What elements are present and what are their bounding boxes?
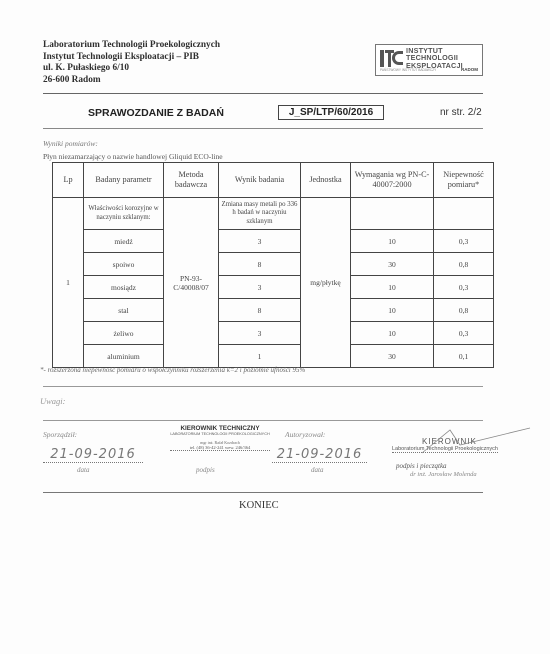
remarks-label: Uwagi: [40,396,66,406]
header-result: Wynik badania [219,163,301,198]
cell-requirement [351,198,434,230]
cell-param: stal [84,299,164,322]
cell-group-result: Zmiana masy metali po 336 h badań w nacz… [219,198,301,230]
cell-param: miedź [84,230,164,253]
cell-requirement: 10 [351,299,434,322]
page-number: nr str. 2/2 [440,107,482,118]
address-line: 26-600 Radom [43,75,220,87]
cell-result: 8 [219,253,301,276]
address-line: Laboratorium Technologii Proekologicznyc… [43,40,220,52]
cell-uncertainty: 0,3 [434,230,494,253]
cell-requirement: 10 [351,276,434,299]
cell-param: mosiądz [84,276,164,299]
results-label: Wyniki pomiarów: [43,139,98,148]
cell-param: aluminium [84,345,164,368]
date-caption: data [77,466,89,474]
report-number: J_SP/LTP/60/2016 [278,105,384,120]
cell-uncertainty: 0,1 [434,345,494,368]
table-row: żeliwo 3 10 0,3 [53,322,494,345]
cell-result: 3 [219,230,301,253]
footnote: *- rozszerzona niepewność pomiaru o wspó… [40,366,305,374]
product-line: Płyn niezamarzający o nazwie handlowej G… [43,152,223,161]
cell-requirement: 30 [351,345,434,368]
cell-result: 3 [219,322,301,345]
table-row: stal 8 10 0,8 [53,299,494,322]
logo-subtitle: PAŃSTWOWY INSTYTUT BADAWCZY RADOM [380,68,480,72]
divider [43,93,483,94]
header-lp: Lp [53,163,84,198]
cell-uncertainty: 0,3 [434,322,494,345]
cell-lp: 1 [53,198,84,368]
authorized-date: 21-09-2016 [272,447,367,463]
cell-result: 1 [219,345,301,368]
signature-stroke-icon [420,425,540,455]
date-caption: data [311,466,323,474]
table-row: mosiądz 3 10 0,3 [53,276,494,299]
cell-requirement: 10 [351,322,434,345]
signature-caption: podpis [196,466,215,474]
lab-address: Laboratorium Technologii Proekologicznyc… [43,40,220,86]
cell-uncertainty: 0,8 [434,253,494,276]
header-requirement: Wymagania wg PN-C-40007:2000 [351,163,434,198]
sign-stamp-caption: podpis i pieczątka [396,462,447,470]
cell-result: 8 [219,299,301,322]
report-title: SPRAWOZDANIE Z BADAŃ [88,107,224,119]
cell-unit: mg/płytkę [301,198,351,368]
technical-manager-stamp: KIEROWNIK TECHNICZNY LABORATORIUM TECHNO… [170,425,270,451]
cell-requirement: 10 [351,230,434,253]
cell-requirement: 30 [351,253,434,276]
header-method: Metoda badawcza [164,163,219,198]
table-header-row: Lp Badany parametr Metoda badawcza Wynik… [53,163,494,198]
header-param: Badany parametr [84,163,164,198]
cell-param: żeliwo [84,322,164,345]
prepared-date: 21-09-2016 [43,447,143,463]
cell-method: PN-93-C/40008/07 [164,198,219,368]
stamp2-name: dr inż. Jarosław Molenda [410,471,477,478]
table-row: aluminium 1 30 0,1 [53,345,494,368]
address-line: ul. K. Pułaskiego 6/10 [43,63,220,75]
end-text: KONIEC [239,500,279,511]
cell-group-param: Właściwości korozyjne w naczyniu szklany… [84,198,164,230]
table-row: 1 Właściwości korozyjne w naczyniu szkla… [53,198,494,230]
logo-text: INSTYTUT TECHNOLOGII EKSPLOATACJI [406,47,463,69]
cell-result: 3 [219,276,301,299]
table-row: spoiwo 8 30 0,8 [53,253,494,276]
prepared-label: Sporządził: [43,430,77,439]
address-line: Instytut Technologii Eksploatacji – PIB [43,52,220,64]
divider [43,492,483,493]
cell-uncertainty: 0,8 [434,299,494,322]
ite-logo-icon [380,48,404,68]
divider [43,386,483,387]
divider [43,128,483,129]
cell-param: spoiwo [84,253,164,276]
header-uncertainty: Niepewność pomiaru* [434,163,494,198]
divider [43,420,483,421]
authorized-label: Autoryzował: [285,430,325,439]
institute-logo: INSTYTUT TECHNOLOGII EKSPLOATACJI PAŃSTW… [375,44,483,76]
results-table: Lp Badany parametr Metoda badawcza Wynik… [52,162,494,368]
cell-uncertainty [434,198,494,230]
header-unit: Jednostka [301,163,351,198]
cell-uncertainty: 0,3 [434,276,494,299]
table-row: miedź 3 10 0,3 [53,230,494,253]
